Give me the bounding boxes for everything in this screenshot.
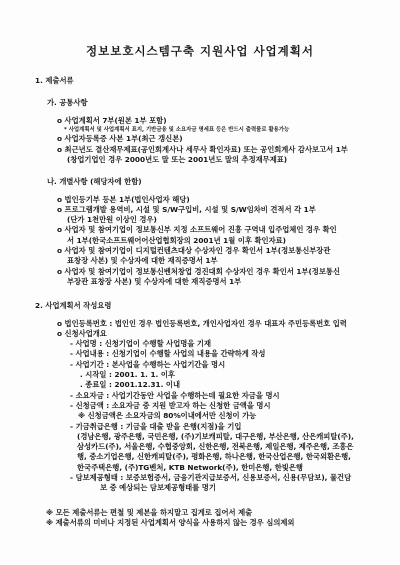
doc-title: 정보보호시스템구축 지원사업 사업계획서 bbox=[0, 0, 400, 58]
individual-bullet-software-zone: o 사업자 및 참여기업이 정보통신부 지정 소프트웨어 진흥 구역내 입주업체… bbox=[57, 225, 400, 235]
document-page: 정보보호시스템구축 지원사업 사업계획서 1. 제출서류 가. 공통사항 o 사… bbox=[0, 0, 400, 565]
section2-heading: 2. 사업계획서 작성요령 bbox=[35, 301, 400, 311]
guideline-dash-project-content: - 사업내용 : 신청기업이 수행할 사업의 내용을 간략하게 작성 bbox=[70, 349, 400, 359]
common-heading: 가. 공통사항 bbox=[47, 98, 400, 108]
guideline-bullet-corp-number: o 법인등록번호 : 법인인 경우 법인등록번호, 개인사업자인 경우 대표자 … bbox=[57, 319, 400, 329]
guideline-dash-request-amount: - 신청금액 : 소요자금 중 지원 받고자 하는 신청한 금액을 명시 bbox=[70, 401, 400, 411]
guideline-bank-list-line3: 행, 중소기업은행, 신한캐피탈(주), 평화은행, 하나은행, 한국산업은행,… bbox=[77, 452, 400, 462]
individual-bullet-digital-content-award-cont: 표창장 사본) 및 수상자에 대한 재직증명서 1부 bbox=[67, 256, 400, 266]
individual-bullet-venture-contest-award: o 사업자 및 참여기업이 정보통신벤처창업 경진대회 수상자인 경우 확인서 … bbox=[57, 267, 400, 277]
guideline-period-end: . 종료일 : 2001.12.31. 이내 bbox=[80, 380, 400, 390]
footnote-binding: ※ 모든 제출서류는 편철 및 제본을 하지말고 집게로 집어서 제출 bbox=[46, 508, 400, 518]
guideline-bank-list-line2: 삼성카드(주), 서울은행, 수협중앙회, 신한은행, 전북은행, 제일은행, … bbox=[77, 442, 400, 452]
guideline-bank-list-line1: (경남은행, 광주은행, 국민은행, (주)기보캐피탈, 대구은행, 부산은행,… bbox=[77, 432, 400, 442]
section1-heading: 1. 제출서류 bbox=[35, 76, 400, 86]
individual-bullet-venture-contest-award-cont: 부장관 표창장 사본) 및 수상자에 대한 재직증명서 1부 bbox=[67, 277, 400, 287]
guideline-bank-list-line4: 한국주택은행, (주)TG벤처, KTB Network(주), 한미은행, 한… bbox=[77, 463, 400, 473]
guideline-dash-project-period: - 사업기간 : 본사업을 수행하는 사업기간을 명시 bbox=[70, 360, 400, 370]
individual-bullet-quotes-cont: (단가 1천만원 이상인 경우) bbox=[67, 215, 400, 225]
common-bullet-financial-statement: o 최근년도 결산재무제표(공인회계사나 세무사 확인자료) 또는 공인회계사 … bbox=[57, 145, 400, 155]
individual-bullet-digital-content-award: o 사업자 및 참여기업이 디지털컨텐츠대상 수상자인 경우 확인서 1부(정보… bbox=[57, 246, 400, 256]
individual-bullet-quotes: o 프로그램개발 용역비, 시설 및 S/W구입비, 시설 및 S/W임차비 견… bbox=[57, 205, 400, 215]
guideline-amount-note: ※ 신청금액은 소요자금의 80%이내에서만 신청이 가능 bbox=[78, 411, 400, 421]
common-bullet-financial-statement-cont: (창업기업인 경우 2000년도 말 또는 2001년도 말의 추정재무제표) bbox=[67, 155, 400, 165]
common-bullet-registration-copy: o 사업자등록증 사본 1부(최근 갱신본) bbox=[57, 134, 400, 144]
guideline-dash-fund-bank: - 기금취급은행 : 기금을 대출 받을 은행(지점)을 기입 bbox=[70, 422, 400, 432]
individual-bullet-corporate-registry: o 법인등기부 등본 1부(법인사업자 해당) bbox=[57, 195, 400, 205]
guideline-dash-required-funds: - 소요자금 : 사업기간동안 사업을 수행하는데 필요한 자금을 명시 bbox=[70, 391, 400, 401]
individual-bullet-software-zone-cont: 서 1부(한국소프트웨어어산업협회장의 2001년 1월 이후 확인자료) bbox=[67, 236, 400, 246]
guideline-period-start: . 시작일 : 2001. 1. 1. 이후 bbox=[80, 370, 400, 380]
guideline-dash-collateral-cont: 보 중 예상되는 담보제공형태를 명기 bbox=[100, 483, 400, 493]
guideline-dash-collateral: - 담보제공형태 : 보증보험증서, 금융기관지급보증서, 신용보증서, 신용(… bbox=[70, 473, 400, 483]
common-bullet-business-plan: o 사업계획서 7부(원본 1부 포함) bbox=[57, 116, 400, 126]
common-bullet-business-plan-note: * 사업계획서 및 사업계획서 표지, 기반금융 및 소요자금 명세표 등은 반… bbox=[64, 126, 400, 135]
footnote-exclusion: ※ 제출서류의 미비나 지정된 사업계획서 양식을 사용하지 않는 경우 심의제… bbox=[46, 518, 400, 528]
individual-heading: 나. 개별사항 (해당자에 한함) bbox=[47, 177, 400, 187]
guideline-dash-project-name: - 사업명 : 신청기업이 수행할 사업명을 기재 bbox=[70, 339, 400, 349]
guideline-bullet-overview: o 신청사업개요 bbox=[57, 329, 400, 339]
